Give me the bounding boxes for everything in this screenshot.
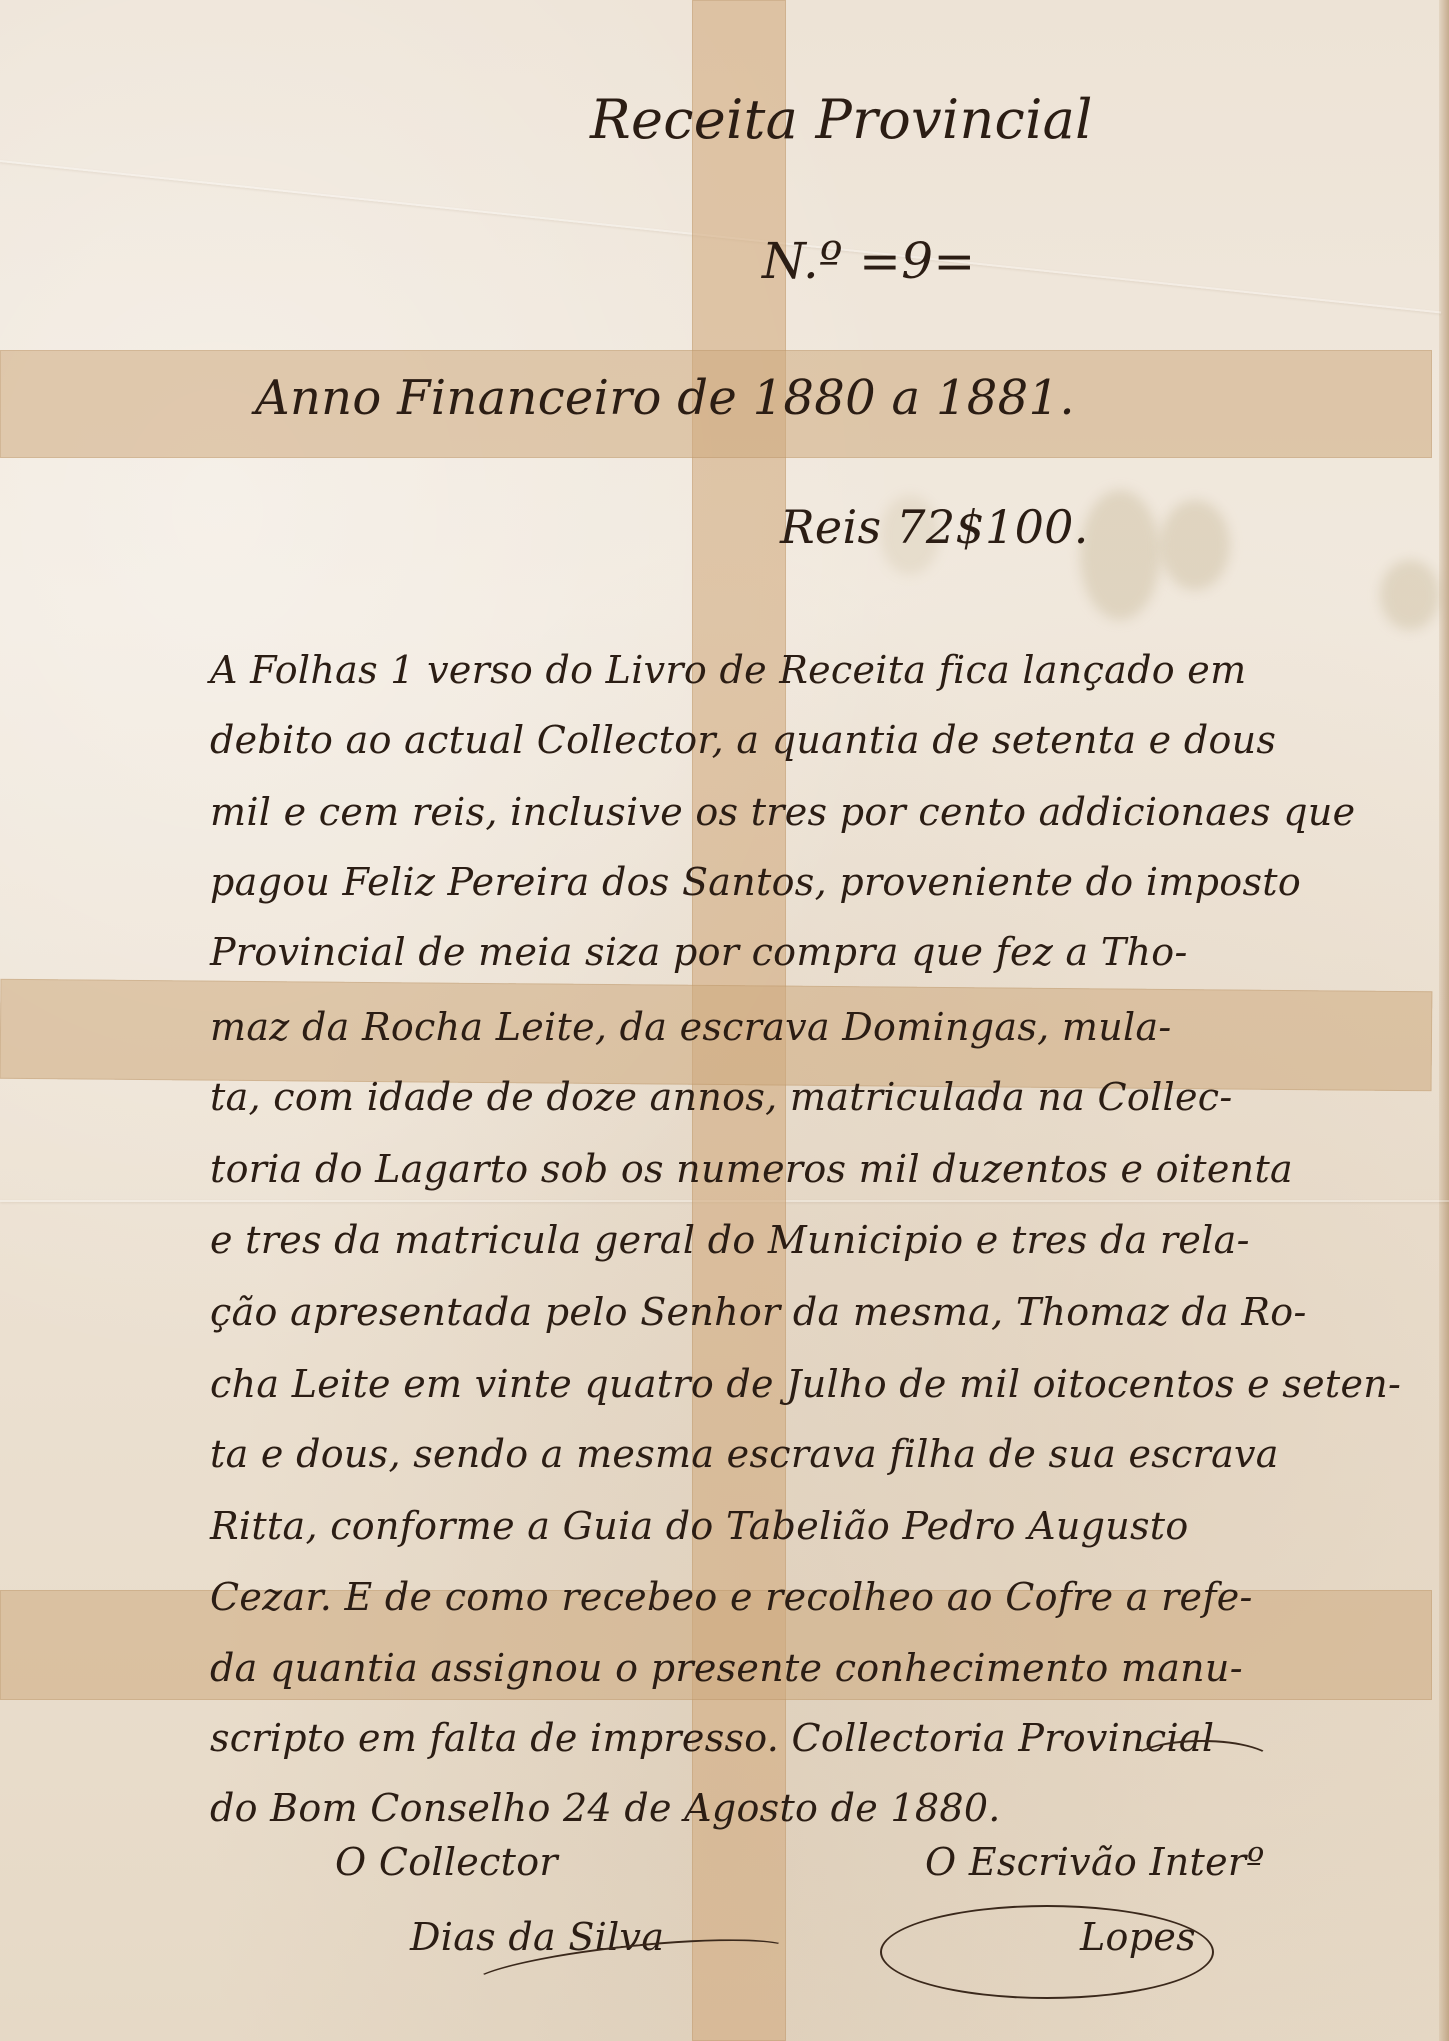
- document-title: Receita Provincial: [590, 88, 1093, 151]
- water-stain: [1080, 490, 1160, 620]
- signature-flourish: [880, 1905, 1214, 1999]
- body-line: da quantia assignou o presente conhecime…: [210, 1646, 1243, 1690]
- body-line: maz da Rocha Leite, da escrava Domingas,…: [210, 1005, 1172, 1049]
- document-number: N.º =9=: [762, 232, 976, 290]
- body-line: ta, com idade de doze annos, matriculada…: [210, 1075, 1233, 1119]
- amount: Reis 72$100.: [780, 500, 1089, 554]
- clerk-label: O Escrivão Interº: [925, 1840, 1265, 1884]
- paper-edge: [1439, 0, 1449, 2041]
- body-line: debito ao actual Collector, a quantia de…: [210, 718, 1276, 762]
- body-line: scripto em falta de impresso. Collectori…: [210, 1716, 1214, 1760]
- body-line: Ritta, conforme a Guia do Tabelião Pedro…: [210, 1504, 1189, 1548]
- collector-label: O Collector: [335, 1840, 558, 1884]
- closing-flourish: [1130, 1740, 1274, 1784]
- body-line: pagou Feliz Pereira dos Santos, provenie…: [210, 860, 1301, 904]
- body-line: toria do Lagarto sob os numeros mil duze…: [210, 1147, 1293, 1191]
- body-line: ta e dous, sendo a mesma escrava filha d…: [210, 1432, 1279, 1476]
- body-line: cha Leite em vinte quatro de Julho de mi…: [210, 1362, 1401, 1406]
- water-stain: [1380, 560, 1440, 630]
- body-line: Cezar. E de como recebeo e recolheo ao C…: [210, 1575, 1253, 1619]
- water-stain: [1160, 500, 1230, 590]
- scanned-document-page: Receita Provincial N.º =9= Anno Financei…: [0, 0, 1449, 2041]
- body-line: A Folhas 1 verso do Livro de Receita fic…: [210, 648, 1246, 692]
- body-line: ção apresentada pelo Senhor da mesma, Th…: [210, 1290, 1307, 1334]
- body-line: mil e cem reis, inclusive os tres por ce…: [210, 790, 1355, 834]
- body-line: do Bom Conselho 24 de Agosto de 1880.: [210, 1786, 1001, 1830]
- fiscal-year: Anno Financeiro de 1880 a 1881.: [255, 370, 1075, 426]
- body-line: Provincial de meia siza por compra que f…: [210, 930, 1188, 974]
- body-line: e tres da matricula geral do Municipio e…: [210, 1218, 1250, 1262]
